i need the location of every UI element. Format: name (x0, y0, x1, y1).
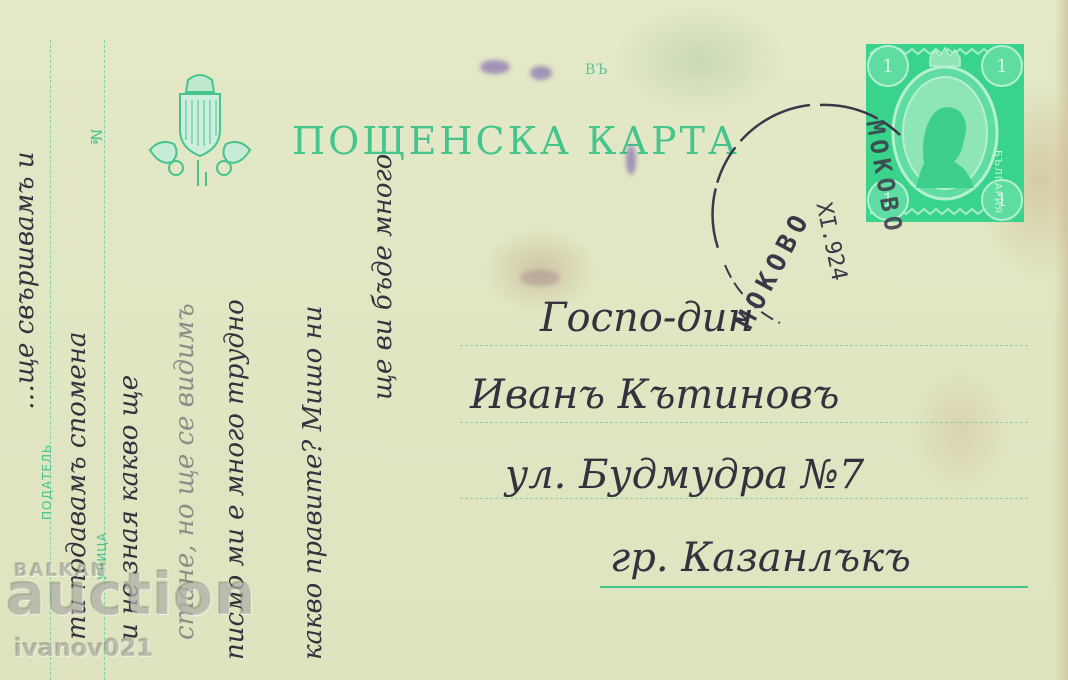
card-title: ПОЩЕНСКА КАРТА (292, 122, 740, 160)
watermark-user: ivanov021 (14, 636, 153, 660)
message-column: ще ви бъде много (370, 154, 396, 400)
top-label: ВЪ (585, 62, 608, 78)
ink-smudge (626, 145, 636, 175)
watermark-brand: auction (6, 565, 257, 623)
address-line-2 (460, 422, 1028, 423)
sender-label: ПОДАТЕЛЬ (40, 444, 54, 520)
message-column: …ще свършвамъ и (12, 151, 38, 410)
ink-smudge (530, 66, 552, 80)
address-line-4-text: гр. Казанлъкъ (610, 538, 911, 578)
message-column: какво правите? Мишо ни (300, 306, 326, 660)
ink-smudge (520, 270, 560, 286)
stamp-country: БЪЛГАРИЯ (992, 150, 1003, 214)
address-line-3 (460, 498, 1028, 499)
address-line-1-text: Госпо-дин (540, 298, 754, 338)
ink-smudge (480, 60, 510, 74)
address-line-4 (600, 586, 1028, 588)
paper-edge (1054, 0, 1068, 680)
number-mark: № (87, 129, 105, 145)
svg-text:1: 1 (882, 56, 893, 77)
coat-of-arms-icon (140, 60, 260, 190)
address-line-2-text: Иванъ Кътиновъ (470, 375, 839, 415)
svg-text:1: 1 (996, 56, 1007, 77)
address-line-3-text: ул. Будмудра №7 (505, 455, 864, 495)
postal-card: № ПОДАТЕЛЬ УЛИЦА ВЪ ПОЩЕНСКА КАРТА 1 1 (0, 0, 1068, 680)
address-line-1 (460, 345, 1028, 346)
